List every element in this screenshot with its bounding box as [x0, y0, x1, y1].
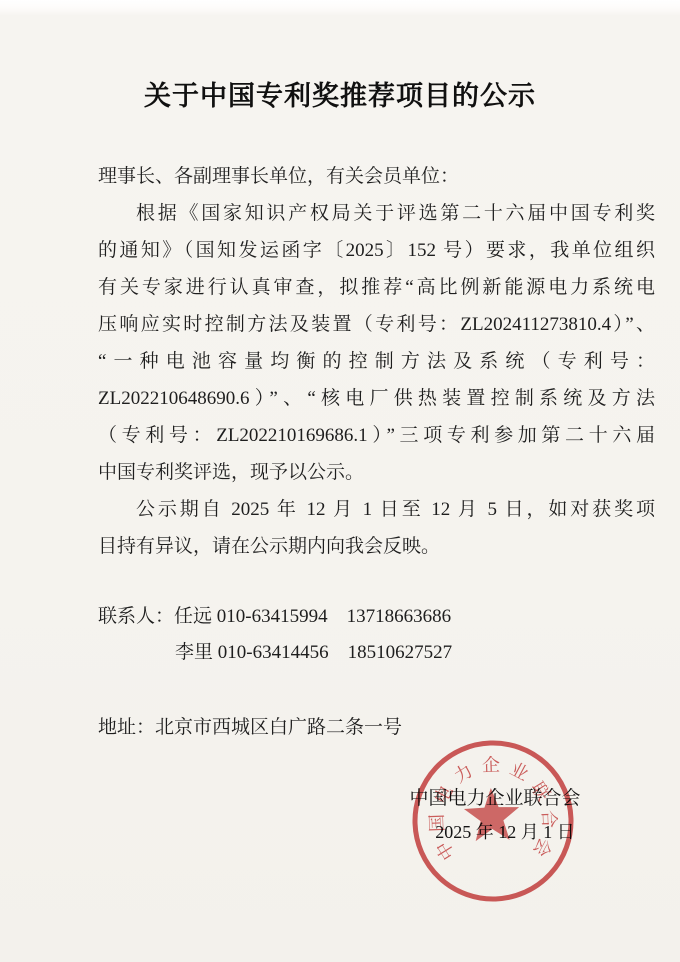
svg-text:联: 联	[527, 778, 553, 804]
body-line-3: 有关专家进行认真审查，拟推荐“高比例新能源电力系统电	[98, 269, 655, 306]
document-body: 理事长、各副理事长单位，有关会员单位： 根据《国家知识产权局关于评选第二十六届中…	[98, 158, 655, 746]
svg-text:中: 中	[432, 838, 458, 864]
contact-line-1: 联系人：任远 010-63415994 13718663686	[98, 599, 655, 635]
svg-text:会: 会	[529, 835, 555, 860]
official-seal-stamp: 中国电力企业联合会	[405, 733, 581, 909]
document-page: 关于中国专利奖推荐项目的公示 理事长、各副理事长单位，有关会员单位： 根据《国家…	[0, 0, 680, 962]
body-line-8: 中国专利奖评选，现予以公示。	[98, 454, 655, 491]
salutation-line: 理事长、各副理事长单位，有关会员单位：	[98, 158, 655, 195]
body-line-2: 的通知》（国知发运函字〔2025〕152 号）要求，我单位组织	[98, 232, 655, 269]
contact-block: 联系人：任远 010-63415994 13718663686 李里 010-6…	[98, 599, 655, 671]
svg-text:业: 业	[507, 758, 532, 784]
body-line-7: （专利号：ZL202210169686.1）”三项专利参加第二十六届	[98, 417, 655, 454]
svg-text:国: 国	[427, 814, 448, 833]
document-title: 关于中国专利奖推荐项目的公示	[0, 0, 680, 114]
body-line-5: “一种电池容量均衡的控制方法及系统（专利号：	[98, 343, 655, 380]
seal-star-icon	[463, 787, 520, 841]
body-line-10: 目持有异议，请在公示期内向我会反映。	[98, 528, 655, 565]
body-line-6: ZL202210648690.6）”、“核电厂供热装置控制系统及方法	[98, 380, 655, 417]
svg-text:电: 电	[430, 782, 456, 807]
svg-text:企: 企	[482, 755, 501, 776]
svg-text:力: 力	[450, 760, 476, 786]
contact-line-2: 李里 010-63414456 18510627527	[98, 635, 655, 671]
svg-text:合: 合	[539, 810, 560, 829]
body-line-9: 公示期自 2025 年 12 月 1 日至 12 月 5 日，如对获奖项	[98, 491, 655, 528]
body-line-4: 压响应实时控制方法及装置（专利号：ZL202411273810.4）”、	[98, 306, 655, 343]
body-line-1: 根据《国家知识产权局关于评选第二十六届中国专利奖	[98, 195, 655, 232]
